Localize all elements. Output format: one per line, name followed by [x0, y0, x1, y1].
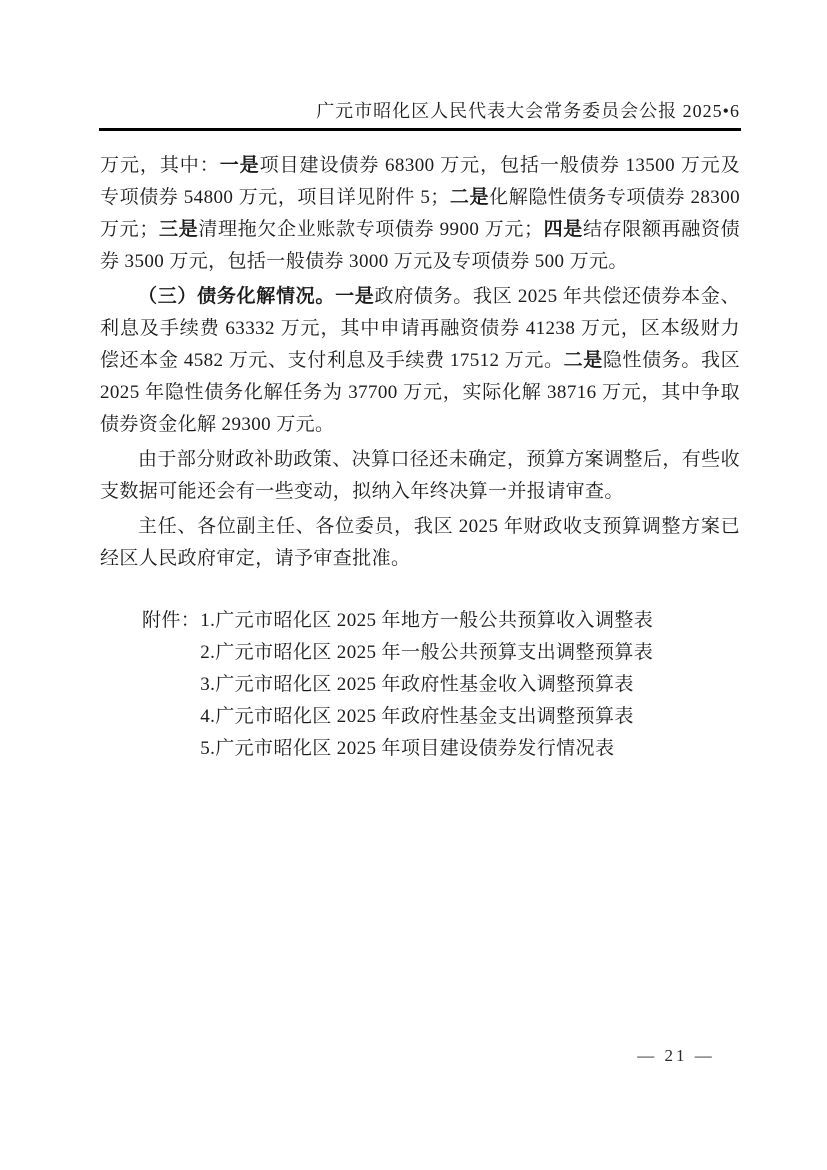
attachment-list: 附件： 1.广元市昭化区 2025 年地方一般公共预算收入调整表 2.广元市昭化… — [100, 605, 740, 765]
emphasis-third: 三是 — [159, 219, 199, 240]
emphasis-first: 一是 — [335, 286, 374, 307]
document-body: 万元，其中：一是项目建设债券 68300 万元，包括一般债券 13500 万元及… — [100, 150, 740, 765]
page-number: — 21 — — [576, 1046, 776, 1066]
paragraph-debt-resolution: （三）债务化解情况。一是政府债务。我区 2025 年共偿还债券本金、利息及手续费… — [100, 281, 740, 441]
emphasis-first: 一是 — [220, 155, 260, 176]
paragraph-closing-request: 主任、各位副主任、各位委员，我区 2025 年财政收支预算调整方案已经区人民政府… — [100, 511, 740, 575]
attachment-label: 附件： — [142, 605, 200, 637]
header-rule — [99, 128, 741, 131]
attachment-items: 1.广元市昭化区 2025 年地方一般公共预算收入调整表 2.广元市昭化区 20… — [200, 605, 740, 765]
attachment-item-1: 1.广元市昭化区 2025 年地方一般公共预算收入调整表 — [200, 605, 740, 637]
subheading-debt-resolution: （三）债务化解情况。 — [138, 286, 335, 307]
attachment-item-4: 4.广元市昭化区 2025 年政府性基金支出调整预算表 — [200, 701, 740, 733]
body-text: 主任、各位副主任、各位委员，我区 2025 年财政收支预算调整方案已经区人民政府… — [100, 516, 740, 569]
body-text: 由于部分财政补助政策、决算口径还未确定，预算方案调整后，有些收支数据可能还会有一… — [100, 449, 740, 502]
paragraph-debt-issuance: 万元，其中：一是项目建设债券 68300 万元，包括一般债券 13500 万元及… — [100, 150, 740, 278]
body-text: 万元，其中： — [100, 155, 220, 176]
document-page: 广元市昭化区人民代表大会常务委员会公报 2025•6 万元，其中：一是项目建设债… — [0, 0, 827, 1170]
attachment-item-3: 3.广元市昭化区 2025 年政府性基金收入调整预算表 — [200, 669, 740, 701]
page-header: 广元市昭化区人民代表大会常务委员会公报 2025•6 — [100, 97, 740, 123]
bulletin-title: 广元市昭化区人民代表大会常务委员会公报 2025•6 — [316, 101, 740, 121]
emphasis-second: 二是 — [564, 350, 603, 371]
attachment-item-5: 5.广元市昭化区 2025 年项目建设债券发行情况表 — [200, 733, 740, 765]
body-text: 清理拖欠企业账款专项债券 9900 万元； — [198, 219, 543, 240]
paragraph-adjustment-note: 由于部分财政补助政策、决算口径还未确定，预算方案调整后，有些收支数据可能还会有一… — [100, 444, 740, 508]
emphasis-fourth: 四是 — [543, 219, 583, 240]
emphasis-second: 二是 — [450, 187, 489, 208]
attachment-item-2: 2.广元市昭化区 2025 年一般公共预算支出调整预算表 — [200, 637, 740, 669]
